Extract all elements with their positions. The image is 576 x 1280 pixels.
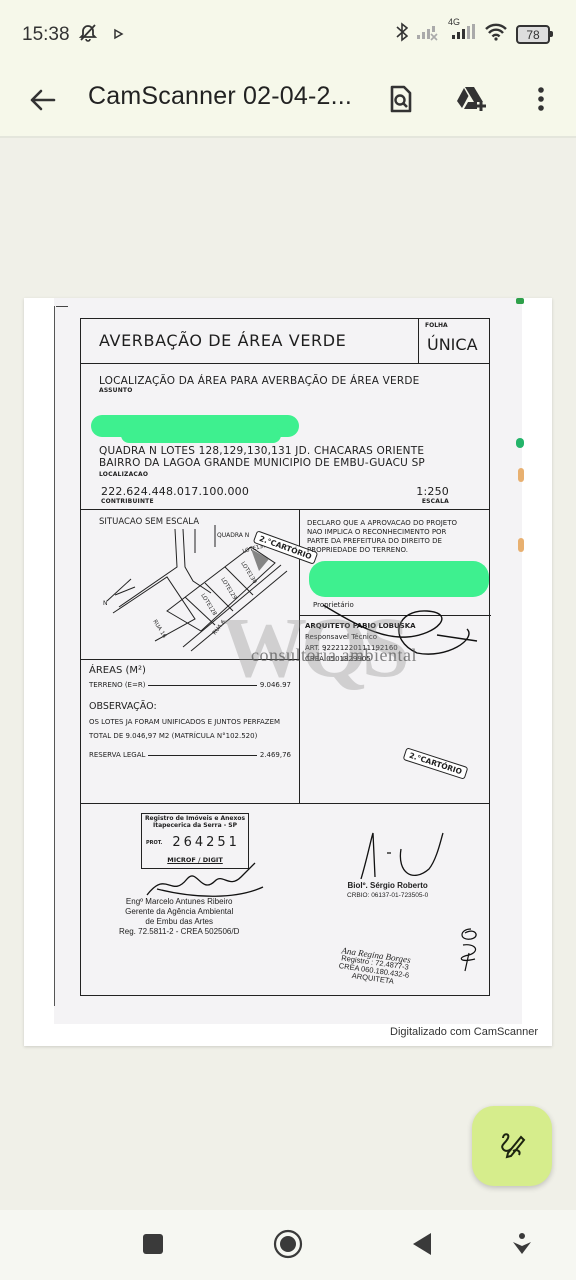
assunto-label: ASSUNTO [99, 387, 420, 394]
signal-no-service-icon [416, 23, 442, 46]
add-to-drive-icon [454, 85, 488, 118]
registro-line-1: Registro de Imóveis e Anexos [142, 815, 248, 822]
status-bar: 15:38 4G 78 [0, 0, 576, 70]
system-nav-bar [0, 1210, 576, 1280]
terreno-value: 9.046.97 [260, 681, 291, 689]
folha-value: ÚNICA [427, 335, 478, 354]
localizacao-line-1: QUADRA N LOTES 128,129,130,131 JD. CHACA… [99, 445, 425, 457]
declaro-text: DECLARO QUE A APROVACAO DO PROJETO NAO I… [307, 519, 457, 555]
localizacao-line-2: BAIRRO DA LAGOA GRANDE MUNICIPIO DE EMBU… [99, 457, 425, 469]
add-to-drive-button[interactable] [450, 80, 492, 122]
map-label-rua16: RUA 16 [151, 619, 167, 640]
scanned-image: AVERBAÇÃO DE ÁREA VERDE FOLHA ÚNICA LOCA… [54, 298, 522, 1024]
areas-title: ÁREAS (M²) [89, 665, 146, 676]
wifi-icon [484, 23, 508, 46]
back-nav-button[interactable] [406, 1230, 438, 1262]
signer-2-reg: CRBIO: 06137-01-723505-0 [347, 891, 428, 901]
terreno-row: TERRENO (E=R) 9.046.97 [89, 681, 291, 689]
form-sheet: AVERBAÇÃO DE ÁREA VERDE FOLHA ÚNICA LOCA… [80, 318, 490, 996]
escala-value: 1:250 [416, 485, 449, 498]
more-vert-icon [537, 86, 545, 117]
escala-label: ESCALA [416, 498, 449, 505]
reserva-label: RESERVA LEGAL [89, 751, 145, 759]
signer-1-block: Engº Marcelo Antunes Ribeiro Gerente da … [119, 897, 239, 937]
back-triangle-icon [411, 1231, 433, 1262]
redaction-mark [121, 427, 281, 443]
localizacao-label: LOCALIZACAO [99, 469, 425, 481]
find-in-document-icon [389, 84, 413, 119]
arrow-left-icon [28, 88, 56, 117]
recents-square-icon [142, 1233, 164, 1260]
reserva-legal-row: RESERVA LEGAL 2.469,76 [89, 751, 291, 759]
rubric-signature [451, 923, 485, 973]
folha-label: FOLHA [425, 322, 448, 329]
protocol-number: 264251 [172, 835, 240, 850]
map-label-lote130: LOTE130 [239, 561, 257, 585]
back-button[interactable] [22, 82, 62, 122]
home-circle-icon [273, 1229, 303, 1264]
reserva-value: 2.469,76 [260, 751, 291, 759]
page-caption: Digitalizado com CamScanner [390, 1026, 538, 1038]
form-title: AVERBAÇÃO DE ÁREA VERDE [99, 331, 346, 350]
registro-line-2: Itapecerica da Serra - SP [142, 822, 248, 829]
terreno-label: TERRENO (E=R) [89, 681, 145, 689]
sign-document-button[interactable] [472, 1106, 552, 1186]
accessibility-button[interactable] [506, 1230, 538, 1262]
more-options-button[interactable] [520, 80, 562, 122]
cartorio-stamp-2: 2.°CARTÓRIO [403, 747, 469, 779]
document-page[interactable]: AVERBAÇÃO DE ÁREA VERDE FOLHA ÚNICA LOCA… [24, 298, 552, 1046]
map-label-lote128: LOTE128 [199, 593, 217, 617]
status-time: 15:38 [22, 24, 70, 46]
observacao-text: OS LOTES JA FORAM UNIFICADOS E JUNTOS PE… [89, 715, 295, 743]
signature-2 [357, 829, 447, 883]
accessibility-down-icon [511, 1232, 533, 1261]
network-type-label: 4G [448, 17, 460, 27]
protocol-label: PROT. [146, 840, 162, 846]
signature-scribble [317, 599, 487, 659]
battery-level: 78 [526, 28, 539, 42]
draw-signature-icon [497, 1129, 527, 1164]
signer-2-block: Biolº. Sérgio Roberto CRBIO: 06137-01-72… [347, 881, 428, 901]
recents-button[interactable] [137, 1230, 169, 1262]
signer-1-role-2: de Embu das Artes [119, 917, 239, 927]
bluetooth-icon [396, 22, 408, 47]
signer-3-block: Ana Regina Borges Registro : 72.4877-3 C… [337, 946, 412, 988]
map-label-lote129: LOTE129 [219, 577, 237, 601]
battery-icon: 78 [516, 25, 550, 44]
signal-4g-icon: 4G [450, 23, 476, 46]
map-label-quadra: QUADRA N [217, 532, 249, 539]
signer-1-role: Gerente da Agência Ambiental [119, 907, 239, 917]
contribuinte-label: CONTRIBUINTE [101, 498, 249, 505]
find-in-document-button[interactable] [380, 80, 422, 122]
mute-alarm-icon [78, 23, 98, 48]
home-button[interactable] [272, 1230, 304, 1262]
map-label-north: N [103, 600, 108, 607]
observacao-title: OBSERVAÇÃO: [89, 701, 157, 712]
play-icon [112, 27, 124, 45]
signer-1-reg: Reg. 72.5811-2 - CREA 502506/D [119, 927, 239, 937]
signer-2-name: Biolº. Sérgio Roberto [347, 881, 428, 891]
assunto-text: LOCALIZAÇÃO DA ÁREA PARA AVERBAÇÃO DE ÁR… [99, 375, 420, 387]
document-title: CamScanner 02-04-2... [88, 82, 352, 111]
app-bar: CamScanner 02-04-2... [0, 70, 576, 138]
redaction-mark [309, 561, 489, 597]
signer-1-name: Engº Marcelo Antunes Ribeiro [119, 897, 239, 907]
contribuinte-value: 222.624.448.017.100.000 [101, 485, 249, 498]
